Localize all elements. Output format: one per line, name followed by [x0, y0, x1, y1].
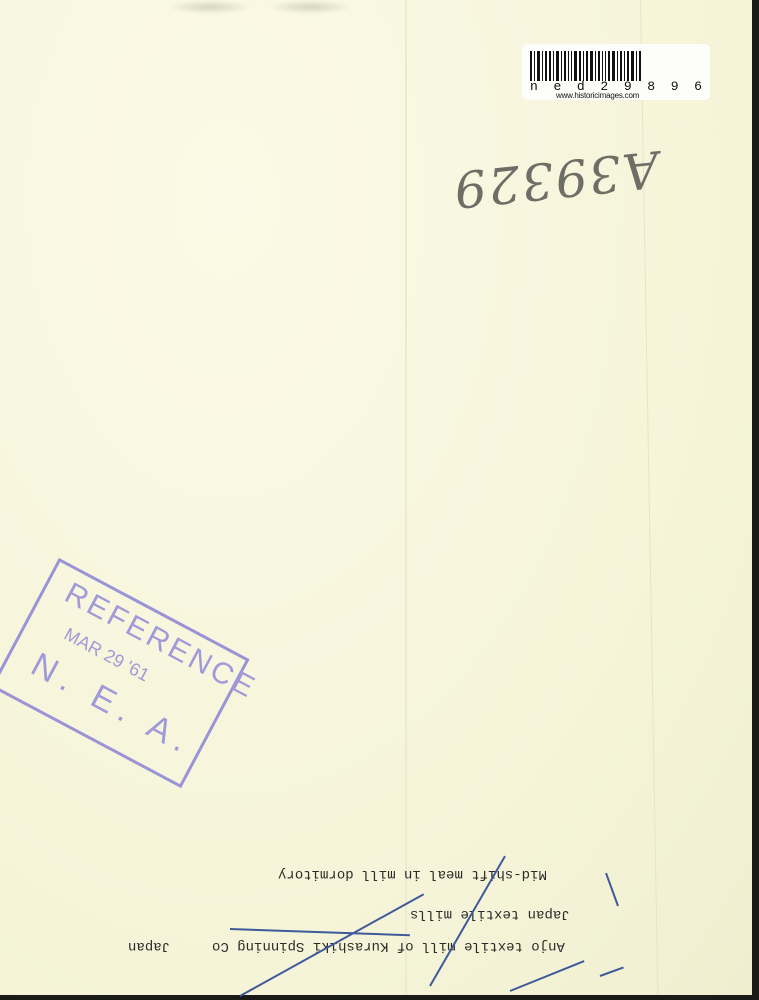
barcode-url: www.historicimages.com [556, 91, 639, 100]
pen-mark [600, 967, 624, 977]
barcode-label: n e d 2 9 8 9 6 www.historicimages.com [522, 44, 710, 100]
barcode-bars [530, 51, 702, 81]
caption-line-1: Mid-shift meal in mill dormitory [278, 866, 547, 882]
pen-underline [230, 928, 410, 936]
reference-stamp: REFERENCE MAR 29 '61 N. E. A. [0, 558, 250, 788]
caption-line-3: Anjo textile mill of Kurashiki Spinning … [128, 938, 565, 954]
pen-mark [510, 960, 585, 992]
photo-back-paper: n e d 2 9 8 9 6 www.historicimages.com A… [0, 0, 752, 995]
caption-line-2: Japan textile mills [410, 906, 570, 922]
handwritten-reference-number: A39329 [450, 139, 662, 218]
pen-check-mark [605, 873, 619, 907]
smudge [170, 0, 250, 14]
paper-fold [405, 0, 407, 995]
smudge [270, 0, 350, 14]
